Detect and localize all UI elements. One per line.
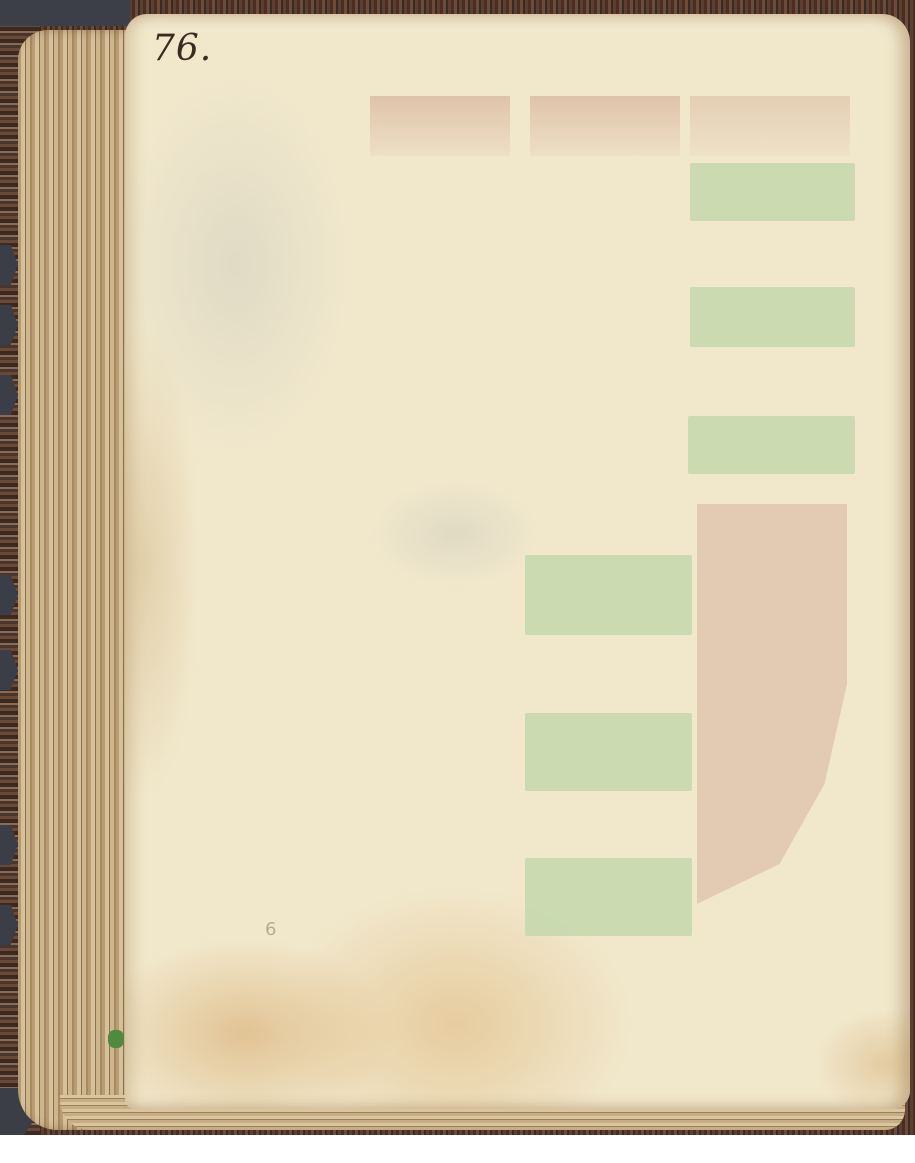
green-band	[525, 555, 692, 635]
book-page-edges	[18, 30, 138, 1130]
green-band	[690, 163, 855, 221]
green-stain	[108, 1030, 124, 1048]
book-page: 76. 6	[125, 14, 910, 1109]
show-through-top-right	[690, 96, 850, 156]
shield-show-through	[697, 504, 847, 904]
backdrop-top-strip	[0, 0, 130, 26]
show-through-top-left	[370, 96, 510, 156]
folio-number: 76.	[152, 28, 212, 69]
show-through-top-center	[530, 96, 680, 156]
green-band	[525, 858, 692, 936]
pencil-mark: 6	[265, 919, 276, 940]
green-band	[690, 287, 855, 347]
green-band	[688, 416, 855, 474]
green-band	[525, 713, 692, 791]
